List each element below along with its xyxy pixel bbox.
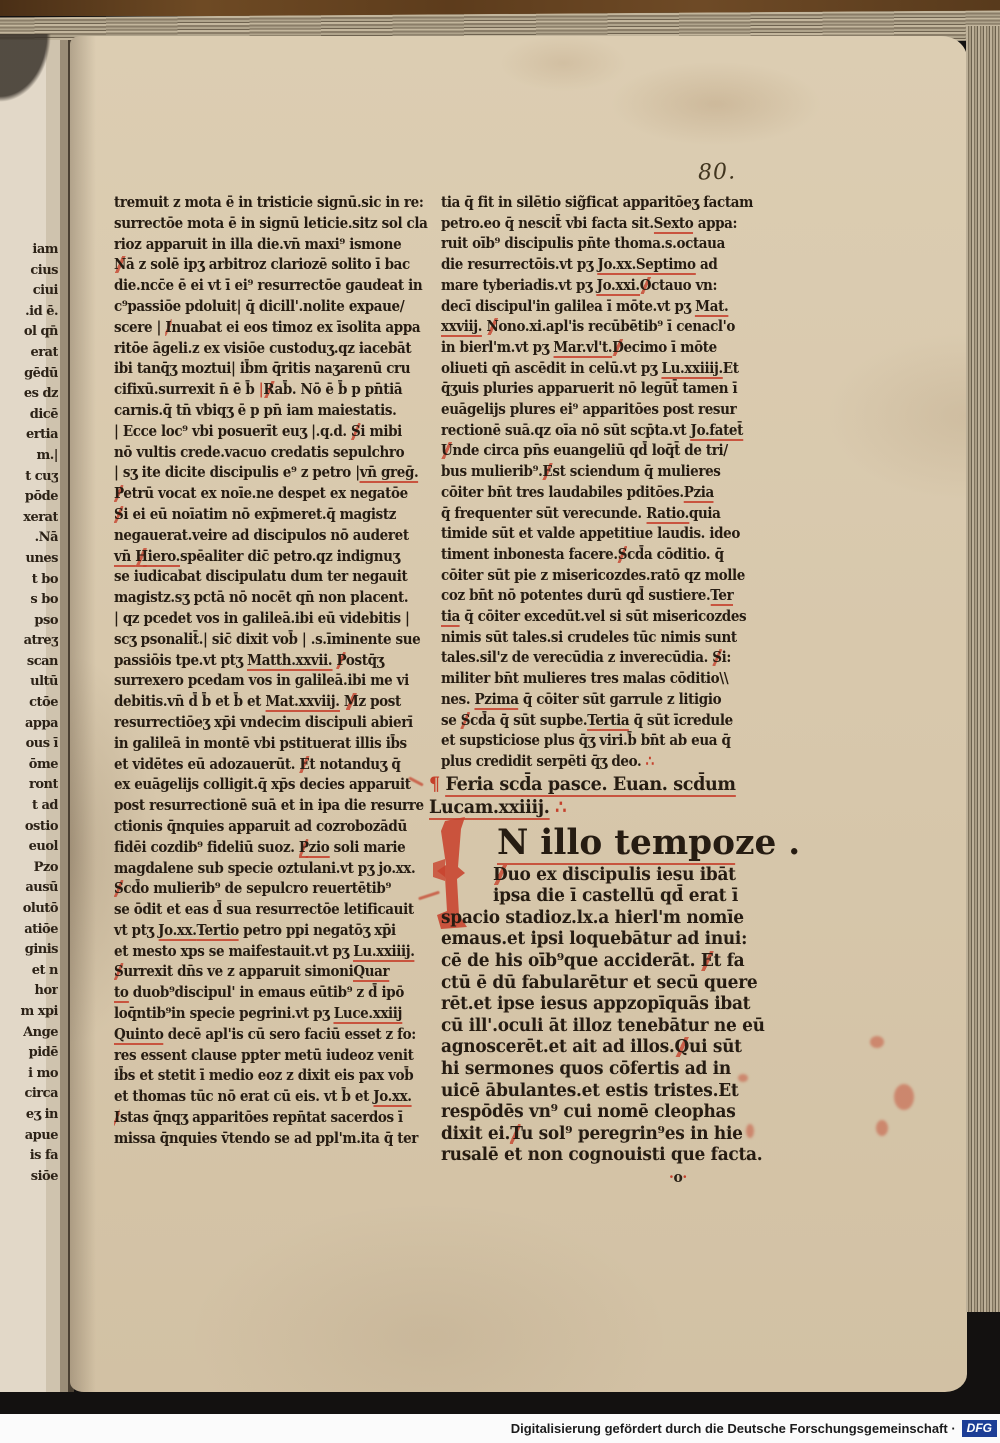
- text-line: Si ei eū noīatim nō exp̄meret.q̄ magistz: [114, 505, 415, 526]
- text-line: ex euāgelijs colligit.q̄ xp̄s decies app…: [114, 775, 415, 796]
- text-fragment: ront: [0, 775, 58, 796]
- text-fragment: ultū: [0, 672, 58, 693]
- text-line: plus credidit serpēti q̄ʒ deo. ∴: [441, 752, 740, 773]
- text-line: | qz pcedet vos in galileā.ibi eū videbi…: [114, 609, 415, 630]
- text-line: c⁹passiōe pdoluit| q̄ dicill'.nolite exp…: [114, 297, 415, 318]
- text-line: fidēi cozdib⁹ fideliū suoz. Pzio soli ma…: [114, 838, 415, 859]
- text-line: coz bn̄t nō potentes durū qd̄ sustiere.T…: [441, 586, 740, 607]
- text-line: q̄ʒuis pluries apparuerit nō legūt̄ tame…: [441, 379, 740, 400]
- text-fragment: hor: [0, 981, 58, 1002]
- text-line: spacio stadioz.lx.a hierl'm nomīe: [441, 908, 753, 930]
- text-fragment: .id ē.: [0, 302, 58, 323]
- text-line: militer bn̄t mulieres tres malas cōditio…: [441, 669, 740, 690]
- text-fragment: atreʒ: [0, 631, 58, 652]
- text-line: ritōe āgeli.z ex visiōe custoduʒ.qz iace…: [114, 339, 415, 360]
- text-line: debitis.vn̄ d̄ b̄ et b̄ et Mat.xxviij. M…: [114, 692, 415, 713]
- text-line: magistz.sʒ pctā nō nocēt qn̄ non placent…: [114, 588, 415, 609]
- text-line: decī discipul'in galilea ī mōte.vt pʒ Ma…: [441, 297, 740, 318]
- text-fragment: i mo: [0, 1064, 58, 1085]
- digitization-credit-bar: Digitalisierung gefördert durch die Deut…: [0, 1414, 1000, 1443]
- text-line: Lucam.xxiiij. ∴: [429, 796, 746, 819]
- facing-page-text-fragments: iamciusciui.id ē.ol qn̄eratgēdūes dzdicē…: [0, 240, 58, 1187]
- text-line: die.ncc̄e ē ei vt ī ei⁹ resurrectōe gaud…: [114, 276, 415, 297]
- text-fragment: apue: [0, 1126, 58, 1147]
- text-fragment: unes: [0, 549, 58, 570]
- text-line: oliueti qn̄ ascēdit in celū.vt pʒ Lu.xxi…: [441, 359, 740, 380]
- red-stain: [876, 1120, 888, 1136]
- text-fragment: .Nā: [0, 528, 58, 549]
- text-fragment: pidē: [0, 1043, 58, 1064]
- text-fragment: t bo: [0, 570, 58, 591]
- text-line: cōiter bn̄t tres laudabiles pditōes.Pzia: [441, 483, 740, 504]
- text-line: et thomas tūc nō erat cū eis. vt b̄ et J…: [114, 1087, 415, 1108]
- text-line: cōiter sūt pie z misericozdes.ratō qz mo…: [441, 566, 740, 587]
- red-stain: [738, 1074, 748, 1082]
- text-fragment: pso: [0, 611, 58, 632]
- text-fragment: gēdū: [0, 364, 58, 385]
- text-line: Scd̄o mulierib⁹ de sepulcro reuertētib⁹: [114, 879, 415, 900]
- text-line: ibi tanq̄ʒ moztui| ib̄m q̄ritis naʒarenū…: [114, 359, 415, 380]
- text-line: | Ecce loc⁹ vbi posuerīt euʒ |.q.d. Si m…: [114, 422, 415, 443]
- text-line: surrexero pcedam vos in galileā.ibi me v…: [114, 671, 415, 692]
- text-line: die resurrectōis.vt pʒ Jo.xx.Septimo ad: [441, 255, 740, 276]
- text-fragment: is fa: [0, 1146, 58, 1167]
- text-line: uicē ābulantes.et estis tristes.Et: [441, 1081, 753, 1103]
- red-stain: [894, 1084, 914, 1110]
- text-fragment: pōde: [0, 487, 58, 508]
- text-line: | sʒ ite dicite discipulis e⁹ z petro |v…: [114, 463, 415, 484]
- book-page: 80. tremuit z mota ē in tristicie signū.…: [70, 36, 967, 1392]
- gutter-shadow: [0, 34, 60, 114]
- text-line: passiōis tpe.vt ptʒ Matth.xxvii. Postq̄ʒ: [114, 651, 415, 672]
- text-line: nimis sūt tales.si crudeles tūc nimis su…: [441, 628, 740, 649]
- text-fragment: xerat: [0, 508, 58, 529]
- text-fragment: dicē: [0, 405, 58, 426]
- text-line: ¶ Feria scd̄a pasce. Euan. scd̄um: [429, 773, 746, 796]
- text-fragment: atiōe: [0, 920, 58, 941]
- text-line: Unde circa pn̄s euangeliū qd̄ loq̄t̄ de …: [441, 441, 740, 462]
- text-line: scʒ psonalit̄.| sic̄ dixit vob̄ | .s.īmi…: [114, 630, 415, 651]
- facing-page-strip: iamciusciui.id ē.ol qn̄eratgēdūes dzdicē…: [0, 40, 74, 1392]
- red-stain: [746, 1124, 754, 1138]
- text-line: bus mulierib⁹.Est sciendum q̄ mulieres: [441, 462, 740, 483]
- text-line: post resurrectionē suā et in ipa die res…: [114, 796, 415, 817]
- text-line: rēt.et ipse iesus appzopīquās ibat: [441, 994, 753, 1016]
- text-line: rectionē suā.qz oīa nō sūt scp̄ta.vt Jo.…: [441, 421, 740, 442]
- text-line: ruit oīb⁹ discipulis pn̄te thoma.s.octau…: [441, 234, 740, 255]
- text-fragment: ausū: [0, 878, 58, 899]
- text-line: ctionis q̄nquies apparuit ad cozrobozādū: [114, 817, 415, 838]
- red-stain: [870, 1036, 884, 1048]
- text-line: cifixū.surrexit n̄ ē b̄ |Rab̄. Nō ē b̄ p…: [114, 380, 415, 401]
- text-fragment: es dz: [0, 384, 58, 405]
- text-fragment: m xpi: [0, 1002, 58, 1023]
- text-line: Nā z solē ipʒ arbitroz clariozē solito ī…: [114, 255, 415, 276]
- folio-number: 80.: [698, 159, 737, 185]
- text-line: rioz apparuit in illa die.vn̄ maxi⁹ ismo…: [114, 235, 415, 256]
- text-line: ib̄s et stetit ī medio eoz z dixit eis p…: [114, 1066, 415, 1087]
- text-line: carnis.q̄ tn̄ vbiqʒ ē p pn̄ iam maiestat…: [114, 401, 415, 422]
- text-line: resurrectiōeʒ xp̄i vndecim discipuli abi…: [114, 713, 415, 734]
- text-line: agnoscerēt.et ait ad illos.Qui sūt: [441, 1037, 753, 1059]
- text-line: ipsa die ī castellū qd̄ erat ī: [493, 886, 755, 908]
- text-fragment: et n: [0, 961, 58, 982]
- text-line: emaus.et ipsi loquebātur ad inui:: [441, 929, 753, 951]
- text-line: tales.sil'z de verecūdia z inverecūdia. …: [441, 648, 740, 669]
- text-line: rusalē et non cognouisti que facta.: [441, 1145, 753, 1167]
- dfg-logo: DFG: [962, 1420, 997, 1437]
- text-line: in bierl'm.vt pʒ Mar.vl't.Decimo ī mōte: [441, 338, 740, 359]
- text-fragment: ol qn̄: [0, 322, 58, 343]
- text-fragment: appa: [0, 714, 58, 735]
- text-line: et mesto xps se maifestauit.vt pʒ Lu.xxi…: [114, 942, 415, 963]
- text-fragment: Pzo: [0, 858, 58, 879]
- page-edge-stack-right: [966, 26, 1000, 1312]
- text-line: se iudicabat discipulatu dum ter negauit: [114, 567, 415, 588]
- text-line: petro.eo q̄ nescit̄ vbi facta sit.Sexto …: [441, 214, 740, 235]
- text-line: scere | Inuabat ei eos timoz ex īsolita …: [114, 318, 415, 339]
- text-line: euāgelijs plures ei⁹ apparitōes post res…: [441, 400, 740, 421]
- text-line: vn̄ Hiero.spēaliter dic̄ petro.qz indign…: [114, 547, 415, 568]
- text-fragment: euol: [0, 837, 58, 858]
- text-line: q̄ frequenter sūt verecunde. Ratio.quia: [441, 504, 740, 525]
- column-end-mark: ·o·: [669, 1167, 756, 1188]
- text-line: tremuit z mota ē in tristicie signū.sic …: [114, 193, 415, 214]
- text-line: et vidētes eū adozauerūt. Et notanduʒ q̄: [114, 755, 415, 776]
- text-line: tia q̄ cōiter excedūt.vel si sūt miseric…: [441, 607, 740, 628]
- text-column-left: tremuit z mota ē in tristicie signū.sic …: [114, 193, 438, 1150]
- text-fragment: ctōe: [0, 693, 58, 714]
- text-line: Duo ex discipulis iesu ibāt: [493, 865, 755, 887]
- text-line: dixit ei.Tu sol⁹ peregrin⁹es in hie: [441, 1124, 753, 1146]
- text-line: et supsticiose plus q̄ʒ viri.b̄ bn̄t ab …: [441, 731, 740, 752]
- text-line: hi sermones quos cōfertis ad in: [441, 1059, 753, 1081]
- text-line: Istas q̄nqʒ apparitōes repn̄tat sacerdos…: [114, 1108, 415, 1129]
- text-fragment: ostio: [0, 817, 58, 838]
- text-line: magdalene sub specie oztulani.vt pʒ jo.x…: [114, 859, 415, 880]
- text-fragment: scan: [0, 652, 58, 673]
- text-fragment: cius: [0, 261, 58, 282]
- text-line: Surrexit dn̄s ve z apparuit simoniQuar: [114, 962, 415, 983]
- text-line: mare tyberiadis.vt pʒ Jo.xxi.Octauo vn:: [441, 276, 740, 297]
- text-line: cē de his oīb⁹que acciderāt. Et fa: [441, 951, 753, 973]
- text-line: cū ill'.oculi āt illoz tenebātur ne eū: [441, 1016, 753, 1038]
- text-fragment: ous ī: [0, 734, 58, 755]
- text-line: nes. Pzima q̄ cōiter sūt garrule z litig…: [441, 690, 740, 711]
- text-fragment: ginis: [0, 940, 58, 961]
- text-line: negauerat.veire ad discipulos nō auderet: [114, 526, 415, 547]
- text-line: timide sūt et valde appetitiue laudis. i…: [441, 524, 740, 545]
- text-column-right: tia q̄ fit in silētio sig̃ficat apparitō…: [441, 193, 763, 1188]
- text-line: nō vultis crede.vacuo credatis sepulchro: [114, 443, 415, 464]
- text-fragment: m.|: [0, 446, 58, 467]
- text-line: respōdēs vn⁹ cui nomē cleophas: [441, 1102, 753, 1124]
- text-line: se ōdit et eas d̄ sua resurrectōe letifi…: [114, 900, 415, 921]
- text-line: xxviij. Nono.xi.apl'is recūbētib⁹ ī cena…: [441, 317, 740, 338]
- text-fragment: ōme: [0, 755, 58, 776]
- text-line: to duob⁹discipul' in emaus eūtib⁹ z d̄ i…: [114, 983, 415, 1004]
- text-fragment: Ange: [0, 1023, 58, 1044]
- text-line: surrectōe mota ē in signū leticie.sitz s…: [114, 214, 415, 235]
- text-line: se Scd̄a q̄ sūt supbe.Tertia q̄ sūt īcre…: [441, 711, 740, 732]
- credit-text: Digitalisierung gefördert durch die Deut…: [511, 1421, 956, 1436]
- text-fragment: t ad: [0, 796, 58, 817]
- text-line: vt ptʒ Jo.xx.Tertio petro ppi negatōʒ xp…: [114, 921, 415, 942]
- text-fragment: t cuʒ: [0, 467, 58, 488]
- text-fragment: iam: [0, 240, 58, 261]
- text-fragment: ciui: [0, 281, 58, 302]
- text-line: in galileā in montē vbi pstituerat illis…: [114, 734, 415, 755]
- text-fragment: olutō: [0, 899, 58, 920]
- text-line: missa q̄nquies v̄tendo se ad ppl'm.ita q…: [114, 1129, 415, 1150]
- text-line: loq̄ntib⁹in specie pegrini.vt pʒ Luce.xx…: [114, 1004, 415, 1025]
- text-fragment: erat: [0, 343, 58, 364]
- text-line: ctū ē dū fabularētur et secū quere: [441, 973, 753, 995]
- text-line: Petrū vocat ex noīe.ne despet ex negatōe: [114, 484, 415, 505]
- text-fragment: circa: [0, 1084, 58, 1105]
- text-line: timent inbonesta facere.Scd̄a cōditio. q…: [441, 545, 740, 566]
- text-line: Quinto decē apl'is cū sero faciū esset z…: [114, 1025, 415, 1046]
- scanned-book-page: iamciusciui.id ē.ol qn̄eratgēdūes dzdicē…: [0, 0, 1000, 1443]
- text-fragment: siōe: [0, 1167, 58, 1188]
- text-line: N illo tempoze .: [497, 821, 758, 865]
- text-fragment: s bo: [0, 590, 58, 611]
- text-fragment: ertia: [0, 425, 58, 446]
- text-line: tia q̄ fit in silētio sig̃ficat apparitō…: [441, 193, 740, 214]
- text-line: res essent clause ppter metū iudeoz veni…: [114, 1046, 415, 1067]
- text-fragment: eʒ in: [0, 1105, 58, 1126]
